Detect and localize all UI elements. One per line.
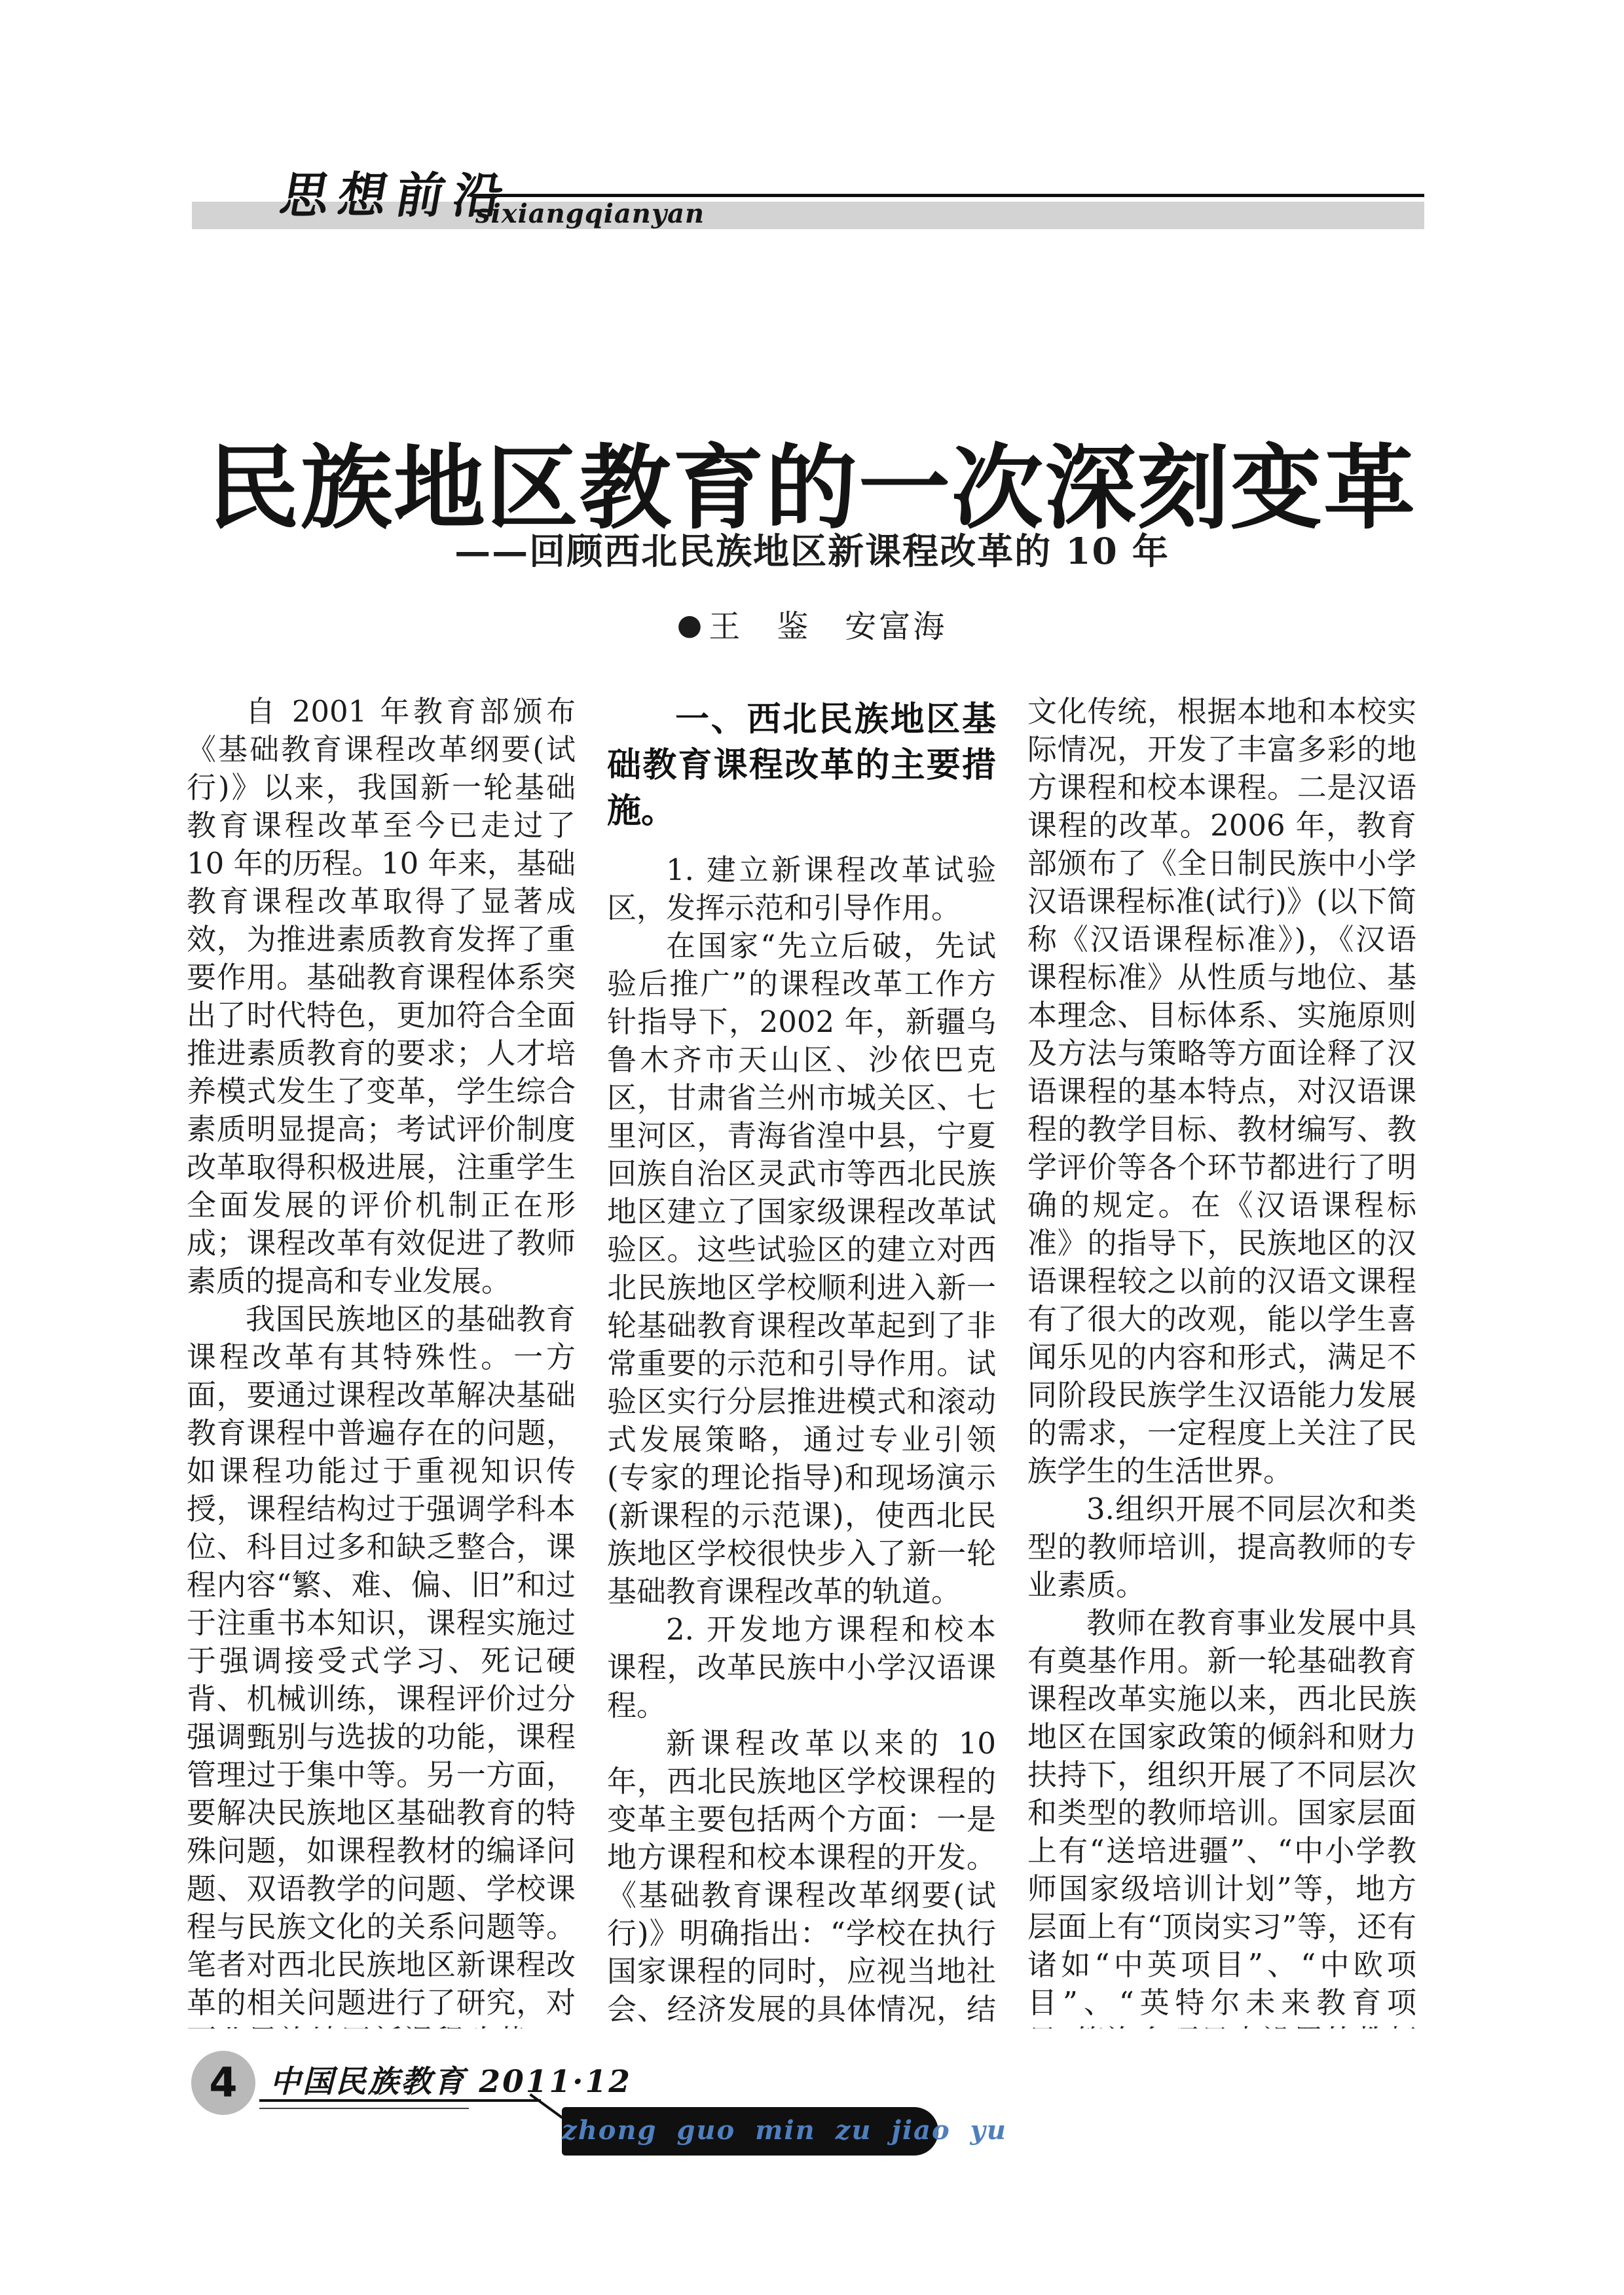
author-line: ●王 鉴 安富海 (0, 601, 1624, 646)
article-columns: 自 2001 年教育部颁布《基础教育课程改革纲要(试行)》以来，我国新一轮基础教… (187, 693, 1418, 2029)
header-rule (470, 194, 1424, 197)
subsection-heading: 3.组织开展不同层次和类型的教师培训，提高教师的专业素质。 (1027, 1490, 1416, 1604)
article-column-3: 文化传统，根据本地和本校实际情况，开发了丰富多彩的地方课程和校本课程。二是汉语课… (1027, 693, 1416, 2029)
journal-pinyin-banner: zhong guo min zu jiao yu (562, 2107, 938, 2156)
article-column-2: 一、西北民族地区基础教育课程改革的主要措施。1. 建立新课程改革试验区，发挥示范… (607, 693, 996, 2029)
section-heading: 一、西北民族地区基础教育课程改革的主要措施。 (607, 697, 996, 834)
journal-name: 中国民族教育 2011·12 (270, 2057, 632, 2101)
paragraph: 在国家“先立后破，先试验后推广”的课程改革工作方针指导下，2002 年，新疆乌鲁… (607, 927, 996, 1611)
paragraph: 新课程改革以来的 10 年，西北民族地区学校课程的变革主要包括两个方面：一是地方… (607, 1725, 996, 2029)
section-label-pinyin: sixiangqianyan (475, 198, 705, 229)
journal-name-text: 中国民族教育 (270, 2064, 466, 2100)
paragraph: 我国民族地区的基础教育课程改革有其特殊性。一方面，要通过课程改革解决基础教育课程… (187, 1300, 576, 2029)
footer-rule-secondary (259, 2108, 469, 2109)
page-number-badge: 4 (191, 2051, 255, 2115)
subsection-heading: 2. 开发地方课程和校本课程，改革民族中小学汉语课程。 (607, 1611, 996, 1725)
paragraph: 教师在教育事业发展中具有奠基作用。新一轮基础教育课程改革实施以来，西北民族地区在… (1027, 1604, 1416, 2029)
author-bullet-icon: ● (677, 608, 705, 642)
article-column-1: 自 2001 年教育部颁布《基础教育课程改革纲要(试行)》以来，我国新一轮基础教… (187, 693, 576, 2029)
journal-pinyin: zhong guo min zu jiao yu (562, 2115, 1007, 2146)
paragraph: 文化传统，根据本地和本校实际情况，开发了丰富多彩的地方课程和校本课程。二是汉语课… (1027, 693, 1416, 1490)
author-names: 王 鉴 安富海 (709, 608, 947, 645)
footer-rule-primary (259, 2099, 541, 2102)
subsection-heading: 1. 建立新课程改革试验区，发挥示范和引导作用。 (607, 851, 996, 927)
journal-page: 思想前沿 sixiangqianyan 民族地区教育的一次深刻变革 ——回顾西北… (0, 0, 1624, 2295)
article-subtitle: ——回顾西北民族地区新课程改革的 10 年 (0, 523, 1624, 574)
paragraph: 自 2001 年教育部颁布《基础教育课程改革纲要(试行)》以来，我国新一轮基础教… (187, 693, 576, 1300)
issue-number: 2011·12 (479, 2064, 632, 2100)
